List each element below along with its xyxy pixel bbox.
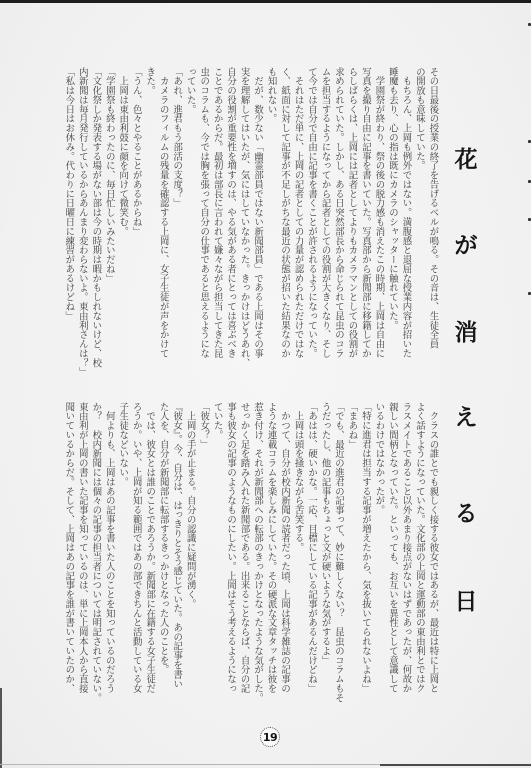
text-column: 『彼女』。今、自分は、はっきりとそう感じていた。あの記事を書い [170, 402, 183, 694]
text-column: 事も彼女の記事のようなものにしたい。上岡はそう考えるようになっ [224, 402, 237, 694]
text-column: か？ 校内新聞には個々の記事の担当者については明記されていない。 [89, 402, 102, 694]
text-column: っていた。 [183, 67, 196, 359]
text-column: それはただ単に、上岡の記者としての力量が認められただけではな [291, 67, 304, 359]
text-column: 求められていた。しかし、ある日突然部長から命じられて昆虫のコラ [332, 67, 345, 359]
text-column: 「特に進君は担当する記事が増えたから、気を抜いてられないよね」 [358, 402, 371, 694]
text-column: 「うん、色々とやることがあるからね」 [129, 67, 142, 359]
text-column: ろうか。いや、上岡が知る範囲ではあの部できちんと活動している女 [129, 402, 142, 694]
page-number-badge: 19 [260, 727, 280, 747]
text-column: た人を、自分が新聞部に転部するきっかけとなった人のことを。 [156, 402, 169, 694]
text-column: 上岡は頭を掻きながら苦笑する。 [291, 402, 304, 694]
text-column: 惹き付け、それが新聞部への転部のきっかけとなったような気がした。 [251, 402, 264, 694]
text-column: かつて、自分が校内新聞の読者だった頃、上岡は科学雑誌の記事の [278, 402, 291, 694]
text-column: クラスの誰とでも親しく接する彼女ではあるが、最近は特に上岡と [426, 402, 439, 694]
text-column: 「学園祭も終わったのに、毎日忙しいみたいだね」 [102, 67, 115, 359]
text-column: 「でも、最近の進君の記事って、妙に難しくない？ 昆虫のコラムもそ [332, 402, 345, 694]
text-column: 内新聞は毎月発行しているからあんまり変わらないよ。東由利さんは？」 [75, 67, 88, 359]
text-column: く、紙面に対して記事が不足しがちな最近の状態が招いた結果なのか [278, 67, 291, 359]
text-column: ような連載コラムを楽しみにしていた。その硬派な文章タッチは彼を [264, 402, 277, 694]
text-column: 上岡の手が止まる。自分の認識に疑問が湧く。 [183, 402, 196, 694]
upper-text-block: その日最後の授業の終了を告げるベルが鳴る。その音は、生徒全員 の開放も意味してい… [62, 67, 439, 359]
title-char: が [454, 234, 478, 258]
title-char: 日 [454, 590, 478, 614]
text-column: て今では自分で自由に記事を書くことが許されるようになっていた。 [305, 67, 318, 359]
text-column: 実を理解してはいたが、気にはしていなかった。きっかけはどうあれ、 [237, 67, 250, 359]
title-char: 消 [454, 321, 478, 345]
text-column: ことであるからだ。最初は部長に言われて嫌々ながら担当してきた昆 [210, 67, 223, 359]
page-number: 19 [263, 731, 277, 744]
text-column: 自分の役割が重要性を増すのは、やる気がある者にとっては喜ぶべき [224, 67, 237, 359]
text-column: では、彼女とは誰のことであろうか。新聞部に在籍する女子生徒だ [143, 402, 156, 694]
text-column: 「彼女？」 [197, 402, 210, 694]
scan-edge-top [0, 0, 531, 3]
text-column: 「文化祭しか発表する場がない部は今の時期は暇かもしれないけど、校 [89, 67, 102, 359]
text-column: その日最後の授業の終了を告げるベルが鳴る。その音は、生徒全員 [426, 67, 439, 359]
text-column: 聞いているからだ。そして、上岡はあの記事を誰が書いていたのか、 [62, 402, 75, 694]
text-column: 「私は今日はお休み。代わりに日曜日に練習があるけどね」 [62, 67, 75, 359]
title-char: 花 [454, 148, 478, 172]
text-column: らしばらくは、上岡には記者としてよりもカメラマンとしての役割が [345, 67, 358, 359]
text-column: 親しい間柄となっていた。といっても、お互いを異性として意識して [385, 402, 398, 694]
text-column: ていた。 [210, 402, 223, 694]
text-column: 睡魔も去り、心の指は既にカメラのシャッターに触れていた。 [385, 67, 398, 359]
scan-edge-bottom-dark [380, 764, 531, 766]
text-column: せっかく足を踏み入れた新聞部である。出来ることならば、自分の記 [237, 402, 250, 694]
text-column: 「あれ、進君もう部活の支度？」 [170, 67, 183, 359]
scan-edge-left [0, 688, 2, 768]
title-char: え [454, 406, 478, 430]
text-column: も知れない。 [264, 67, 277, 359]
text-column: よく話すようになっていた。文化部の上岡と運動部の東由利とではク [412, 402, 425, 694]
text-column: ムを担当するようになってから記者としての役割が大きくなり、そし [318, 67, 331, 359]
lower-text-block: クラスの誰とでも親しく接する彼女ではあるが、最近は特に上岡と よく話すようになっ… [62, 402, 439, 694]
text-column: もちろん、上岡も例外ではない。満腹感と退屈な授業内容が招いた [399, 67, 412, 359]
text-column: 子生徒などいない。 [116, 402, 129, 694]
text-column: 写真を撮り自由に記事を書いていた。写真部から新聞部に移籍してか [358, 67, 371, 359]
text-column: きた。 [143, 67, 156, 359]
text-column: 学園祭が終わり、祭の後の脱力感も消えたこの時期、上岡は自由に [372, 67, 385, 359]
text-column: 「まあね」 [345, 402, 358, 694]
text-column: いるわけではなかったが。 [372, 402, 385, 694]
text-column: 「あはは、硬いかな。一応、目標にしている記事があるんだけどね」 [305, 402, 318, 694]
text-column: うだったし、他の記事もちょっと文が硬いような気がするよ」 [318, 402, 331, 694]
text-column: カメラのフィルムの残量を確認する上岡に、女子生徒が声をかけて [156, 67, 169, 359]
text-column: 東由利が上岡の書いた記事を知っているのは、単に上岡本人から直接 [75, 402, 88, 694]
text-column: 何よりも、上岡はあの記事を書いた人のことを知っているのだろう [102, 402, 115, 694]
title-char: る [454, 502, 478, 526]
text-column: の開放も意味していた。 [412, 67, 425, 359]
text-column: だが、数少ない「幽霊部員ではない新聞部員」である上岡はその事 [251, 67, 264, 359]
text-column: 上岡は東由利鼓に顔を向けて微笑む。 [116, 67, 129, 359]
text-column: ラスメイトであること以外あまり接点がないはずであったが、何故か [399, 402, 412, 694]
text-column: 虫のコラムも、今では胸を張って自分の仕事であると思えるようにな [197, 67, 210, 359]
